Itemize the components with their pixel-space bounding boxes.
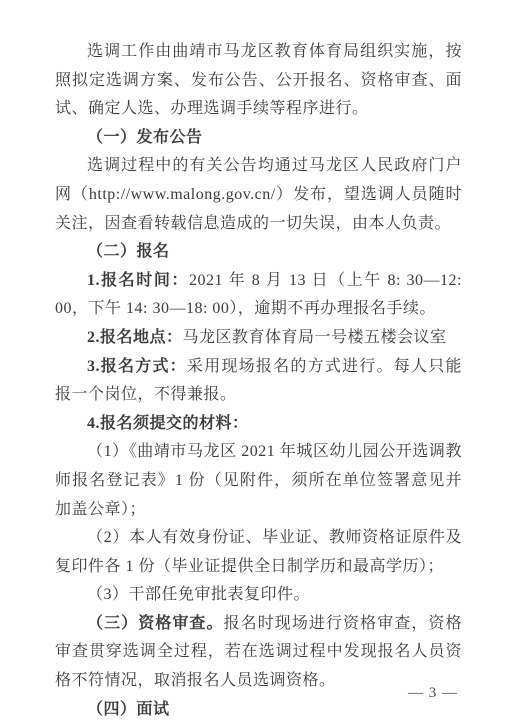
- registration-method-label: 3.报名方式：: [87, 358, 187, 375]
- registration-place-text: 马龙区教育体育局一号楼五楼会议室: [183, 329, 447, 346]
- material-1-paragraph: （1）《曲靖市马龙区 2021 年城区幼儿园公开选调教师报名登记表》1 份（见附…: [55, 438, 462, 524]
- page-number: — 3 —: [408, 685, 458, 702]
- material-3-text: （3）干部任免审批表复印件。: [87, 586, 310, 603]
- material-1-text: （1）《曲靖市马龙区 2021 年城区幼儿园公开选调教师报名登记表》1 份（见附…: [55, 443, 462, 517]
- section-heading-registration: （二）报名: [55, 238, 462, 267]
- material-3-paragraph: （3）干部任免审批表复印件。: [55, 581, 462, 610]
- registration-time-item: 1.报名时间：2021 年 8 月 13 日（上午 8: 30—12: 00，下…: [55, 267, 462, 324]
- registration-materials-item: 4.报名须提交的材料：: [55, 410, 462, 439]
- document-page: 选调工作由曲靖市马龙区教育体育局组织实施，按照拟定选调方案、发布公告、公开报名、…: [0, 0, 514, 728]
- section-heading-announcement-text: （一）发布公告: [87, 129, 203, 146]
- material-2-paragraph: （2）本人有效身份证、毕业证、教师资格证原件及复印件各 1 份（毕业证提供全日制…: [55, 524, 462, 581]
- section-heading-announcement: （一）发布公告: [55, 124, 462, 153]
- announcement-paragraph: 选调过程中的有关公告均通过马龙区人民政府门户网（http://www.malon…: [55, 152, 462, 238]
- section-heading-interview-text: （四）面试: [87, 701, 170, 718]
- section-heading-interview: （四）面试: [55, 696, 462, 725]
- qualification-review-label: （三）资格审查。: [87, 615, 224, 632]
- qualification-review-paragraph: （三）资格审查。报名时现场进行资格审查，资格审查贯穿选调全过程，若在选调过程中发…: [55, 610, 462, 696]
- intro-paragraph: 选调工作由曲靖市马龙区教育体育局组织实施，按照拟定选调方案、发布公告、公开报名、…: [55, 38, 462, 124]
- announcement-text: 选调过程中的有关公告均通过马龙区人民政府门户网（http://www.malon…: [55, 157, 462, 231]
- registration-place-label: 2.报名地点：: [87, 329, 183, 346]
- document-body: 选调工作由曲靖市马龙区教育体育局组织实施，按照拟定选调方案、发布公告、公开报名、…: [55, 38, 462, 724]
- registration-place-item: 2.报名地点：马龙区教育体育局一号楼五楼会议室: [55, 324, 462, 353]
- section-heading-registration-text: （二）报名: [87, 243, 170, 260]
- registration-materials-label: 4.报名须提交的材料：: [87, 415, 249, 432]
- registration-time-label: 1.报名时间：: [87, 272, 189, 289]
- intro-text: 选调工作由曲靖市马龙区教育体育局组织实施，按照拟定选调方案、发布公告、公开报名、…: [55, 43, 462, 117]
- registration-method-item: 3.报名方式：采用现场报名的方式进行。每人只能报一个岗位，不得兼报。: [55, 353, 462, 410]
- material-2-text: （2）本人有效身份证、毕业证、教师资格证原件及复印件各 1 份（毕业证提供全日制…: [55, 529, 462, 575]
